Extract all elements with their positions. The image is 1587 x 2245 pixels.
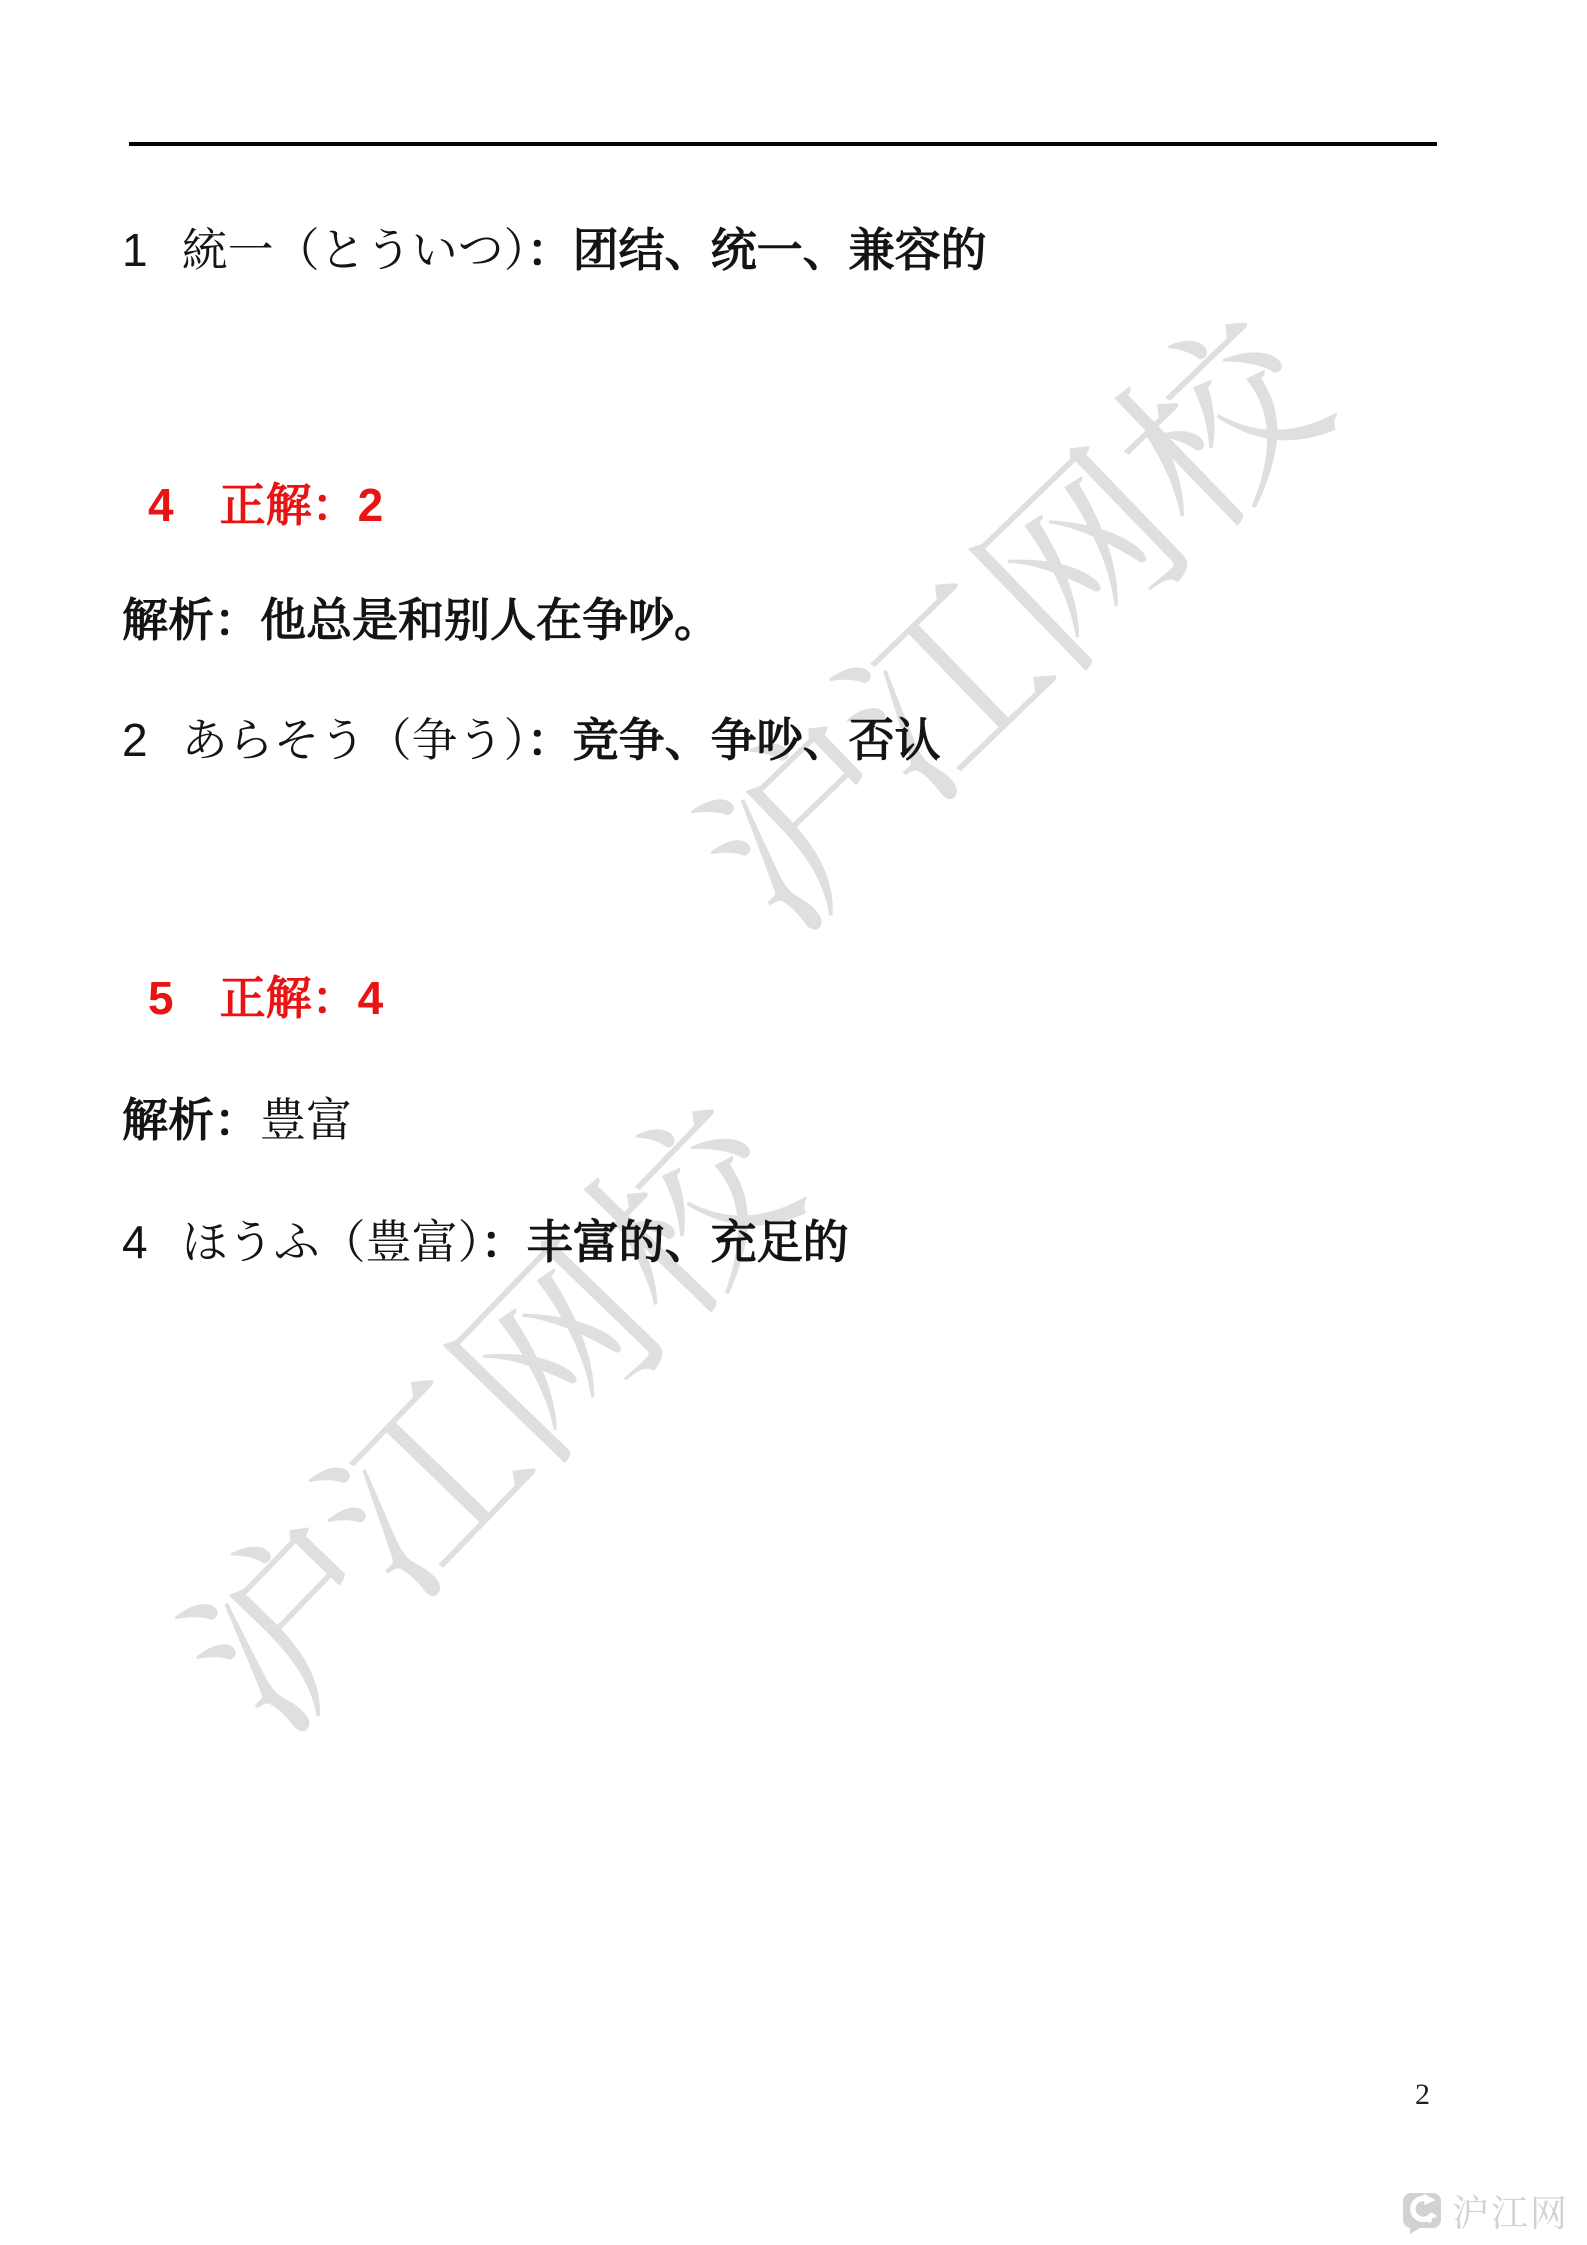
- analysis-line-q4: 解析：他总是和别人在争吵。: [122, 590, 720, 650]
- answer-line-q5: 5正解：4: [122, 968, 383, 1028]
- analysis-word: 豊富: [260, 1095, 352, 1146]
- answer-label: 正解：2: [220, 479, 384, 531]
- answer-line-q4: 4正解：2: [122, 475, 383, 535]
- header-divider: [129, 142, 1437, 146]
- vocab-japanese: 統一（とういつ）: [182, 225, 527, 276]
- analysis-line-q5: 解析：豊富: [122, 1090, 352, 1151]
- vocab-meaning: ：团结、统一、兼容的: [527, 224, 987, 276]
- vocab-line-1: 1統一（とういつ）：团结、统一、兼容的: [122, 220, 987, 281]
- vocab-number: 2: [122, 714, 148, 766]
- analysis-prefix: 解析：: [122, 1094, 260, 1146]
- analysis-text: 解析：他总是和别人在争吵。: [122, 594, 720, 646]
- watermark-upper: 沪江网校: [631, 249, 1375, 981]
- hujiang-logo: 沪江网: [1402, 2192, 1569, 2235]
- answer-label: 正解：4: [220, 972, 384, 1024]
- vocab-line-4: 4ほうふ（豊富）：丰富的、充足的: [122, 1212, 849, 1273]
- page-number: 2: [1415, 2078, 1430, 2112]
- hujiang-logo-bubble-refresh-icon: [1402, 2192, 1442, 2235]
- vocab-number: 4: [122, 1216, 148, 1268]
- vocab-meaning: ：竞争、争吵、否认: [527, 714, 941, 766]
- vocab-meaning: ：丰富的、充足的: [481, 1216, 849, 1268]
- question-number: 5: [148, 972, 174, 1024]
- question-number: 4: [148, 479, 174, 531]
- document-page: 沪江网校 沪江网校 1統一（とういつ）：团结、统一、兼容的 4正解：2 解析：他…: [0, 0, 1587, 2245]
- vocab-japanese: ほうふ（豊富）: [182, 1217, 481, 1268]
- vocab-japanese: あらそう（争う）: [182, 715, 527, 766]
- vocab-line-2: 2あらそう（争う）：竞争、争吵、否认: [122, 710, 941, 771]
- vocab-number: 1: [122, 224, 148, 276]
- hujiang-logo-text: 沪江网: [1452, 2195, 1569, 2232]
